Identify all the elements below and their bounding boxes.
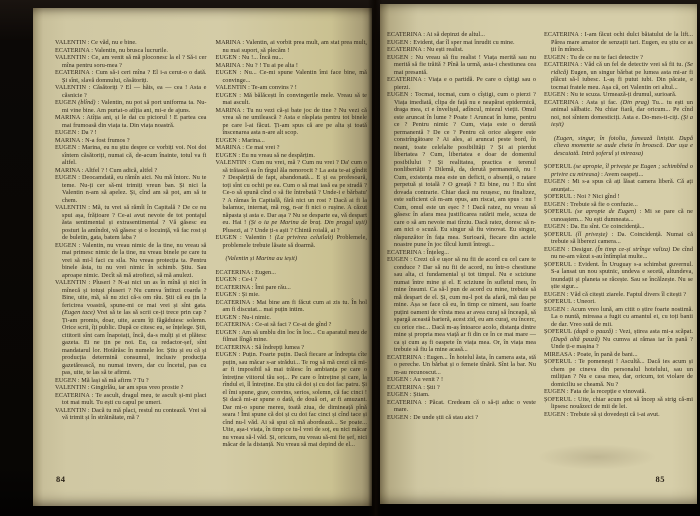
speaker-name: EUGEN [544,246,565,253]
dialogue-line: ECATERINA : Știi ? [387,384,536,392]
dialogue-line: ECATERINA : Îmi pare rău... [216,284,368,292]
speaker-name: ECATERINA [216,344,251,351]
dialogue-line: EUGEN : Valentin, nu vreau nimic de la t… [55,242,207,280]
page-number-left: 84 [56,474,66,484]
book-spread: VALENTIN : Ce văd, nu e bine.ECATERINA :… [0,0,700,516]
speaker-name: EUGEN [216,314,237,321]
dialogue-line: MARINA : Nu ? ! Tu ai pe alta ! [216,62,368,70]
dialogue-line: EUGEN : Văd că citești ziarele. Faptul d… [544,291,693,299]
speaker-name: EUGEN [387,376,408,383]
speaker-name: EUGEN [544,306,565,313]
speaker-name: EUGEN [387,39,408,46]
dialogue-line: ȘOFERUL : Te pomenești ! Ascultă... Dacă… [544,358,693,388]
speaker-name: VALENTIN [55,407,86,414]
speaker-name: ECATERINA [216,299,251,306]
speaker-name: ECATERINA [544,61,579,68]
speaker-name: EUGEN [387,256,408,263]
speaker-name: EUGEN [387,54,408,61]
dialogue-line: ECATERINA : Eugen... În hotelul ăsta, în… [387,354,536,377]
dialogue-line: MARINA : Atîția ani, și le dai cu picior… [55,114,207,129]
speaker-name: ȘOFERUL [544,261,572,268]
dialogue-line: VALENTIN : Căsătoriți ? El — hăis, ea — … [55,84,207,99]
dialogue-line: EUGEN : Mă lași să mă afirm ? Tu ? [55,377,207,385]
dialogue-line: ECATERINA : Viața e o partidă. Pe care o… [387,76,536,91]
speaker-name: ECATERINA [55,69,90,76]
dialogue-line: ECATERINA : Ce-ai să faci ? Ce-ai de gîn… [216,321,368,329]
speaker-name: EUGEN [55,129,76,136]
speaker-name: MARINA [216,62,241,69]
speaker-name: EUGEN [216,351,237,358]
dialogue-line: EUGEN : Fata de la recepție e vinovată. [544,388,693,396]
speaker-name: ECATERINA [387,384,422,391]
left-page-column-1: VALENTIN : Ce văd, nu e bine.ECATERINA :… [55,39,207,449]
dialogue-line: EUGEN : Știam. [387,391,536,399]
speaker-name: VALENTIN [216,84,247,91]
dialogue-line: EUGEN : Tu de ce nu te faci detectiv ? [544,54,693,62]
speaker-name: EUGEN [387,91,408,98]
dialogue-line: ȘOFERUL : Uneori. [544,298,693,306]
dialogue-line: ECATERINA : Valentin, nu brusca lucruril… [55,47,207,55]
speaker-name: ECATERINA [544,31,579,38]
speaker-name: MARINA [216,107,241,114]
speaker-name: ȘOFERUL (se apropie, îl privește pe Euge… [544,163,693,178]
page-number-right: 85 [656,474,666,484]
speaker-name: ȘOFERUL [544,358,572,365]
dialogue-line: ECATERINA : Cum să-i ceri mîna ? El i-a … [55,69,207,84]
dialogue-line: VALENTIN : Dacă tu mă placi, restul nu c… [55,407,207,422]
stage-direction: (Valentin și Marina au ieșit) [216,255,368,263]
speaker-name: EUGEN [55,144,76,151]
dialogue-line: MARINA : Ce mai vrei ? [216,144,368,152]
speaker-name: VALENTIN [55,54,86,61]
dialogue-line: EUGEN : Desigur. (În timp ce-și strînge … [544,246,693,261]
speaker-name: ECATERINA [387,249,422,256]
dialogue-line: EUGEN : Mi s-a spus că ați lăsat camera … [544,178,693,193]
dialogue-line: EUGEN : Valentin ! (La privirea celuilal… [216,234,368,249]
dialogue-line: ECATERINA : I-am făcut ochi dulci băiatu… [544,31,693,54]
speaker-name: EUGEN [216,152,237,159]
speaker-name: VALENTIN [55,279,86,286]
speaker-name: EUGEN [544,388,565,395]
speaker-name: EUGEN [216,291,237,298]
left-page-text: VALENTIN : Ce văd, nu e bine.ECATERINA :… [33,8,372,449]
speaker-name: EUGEN [55,377,76,384]
speaker-name: EUGEN [544,291,565,298]
speaker-name: ECATERINA [387,399,422,406]
dialogue-line: VALENTIN : Gingirlău, iar am spus vreo p… [55,384,207,392]
right-page: ECATERINA : Ai să depinzi de altul...EUG… [380,4,697,504]
speaker-name: VALENTIN [55,204,86,211]
dialogue-line: VALENTIN : Mă, tu vrei să rămîi în Capit… [55,204,207,242]
dialogue-line: EUGEN : Marina, eu nu știu despre ce vor… [55,144,207,167]
speaker-name: EUGEN [55,242,76,249]
dialogue-line: EUGEN : Marina... [216,137,368,145]
dialogue-line: EUGEN : Evident, dar îl sper mai înrudit… [387,39,536,47]
dialogue-line: VALENTIN : Pluseri ? N-ai nici un as în … [55,279,207,377]
speaker-name: ECATERINA [387,31,422,38]
dialogue-line: EUGEN : Mă bălăcești în convingerile mel… [216,92,368,107]
speaker-name: MARINA [216,144,241,151]
speaker-name: ȘOFERUL [544,396,572,403]
dialogue-line: EUGEN (blînd) : Valentin, nu pot să port… [55,99,207,114]
stage-direction: (Eugen, singur, în fotoliu, fumează lini… [544,135,693,158]
speaker-name: VALENTIN [216,159,247,166]
speaker-name: EUGEN [216,54,237,61]
speaker-name: EUGEN (blînd) [55,99,96,106]
speaker-name: MARINA [216,39,241,46]
speaker-name: EUGEN [544,411,565,418]
speaker-name: EUGEN [55,174,76,181]
speaker-name: VALENTIN [55,39,86,46]
dialogue-line: EUGEN : Tocmai, tocmai, cum o cîștigi, c… [387,91,536,249]
dialogue-line: ECATERINA : Păcat. Credeam că o să-ți ad… [387,399,536,414]
speaker-name: EUGEN [544,178,565,185]
dialogue-line: ECATERINA : Văd că un fel de detectiv vr… [544,61,693,91]
right-page-column-1: ECATERINA : Ai să depinzi de altul...EUG… [387,31,536,421]
speaker-name: ȘOFERUL (se apropie de Eugen) [544,208,636,215]
dialogue-line: EUGEN : De unde știi că stau aici ? [387,414,536,422]
dialogue-line: ECATERINA : Te ascult, dragul meu, te as… [55,392,207,407]
page-stain [537,444,657,470]
dialogue-line: EUGEN : Și mie. [216,291,368,299]
speaker-name: EUGEN [216,137,237,144]
speaker-name: MARINA [55,137,80,144]
dialogue-line: EUGEN : Nu vreau să fiu realist ! Viața … [387,54,536,77]
speaker-name: MIREASA [544,351,572,358]
speaker-name: EUGEN [387,391,408,398]
speaker-name: ECATERINA [216,321,251,328]
dialogue-line: EUGEN : Puțin. Foarte puțin. Dacă fiecar… [216,351,368,449]
dialogue-line: EUGEN : Ce-i ? [216,276,368,284]
dialogue-line: VALENTIN : Ce, am venit să mă ploconesc … [55,54,207,69]
left-page-column-2: MARINA : Valentin, ai vorbit prea mult, … [216,39,368,449]
speaker-name: EUGEN [544,54,565,61]
speaker-name: ECATERINA [387,46,422,53]
dialogue-line: EUGEN : Nu !... Încă nu... [216,54,368,62]
dialogue-line: ECATERINA : Să îndrepți lumea ? [216,344,368,352]
dialogue-line: MARINA : Valentin, ai vorbit prea mult, … [216,39,368,54]
dialogue-line: VALENTIN : Ce văd, nu e bine. [55,39,207,47]
speaker-name: MARINA [55,167,80,174]
speaker-name: ECATERINA [216,269,251,276]
dialogue-line: ECATERINA : Ai să depinzi de altul... [387,31,536,39]
dialogue-line: VALENTIN : Cum nu vrei, mă ? Cum nu vrei… [216,159,368,234]
dialogue-line: ECATERINA : Eugen... [216,269,368,277]
speaker-name: ECATERINA [544,99,579,106]
dialogue-line: ECATERINA : Nu ești realist. [387,46,536,54]
dialogue-line: MIREASA : Poate, în pană de bani... [544,351,693,359]
speaker-name: EUGEN [216,329,237,336]
speaker-name: EUGEN [544,201,565,208]
speaker-name: ECATERINA [387,354,422,361]
dialogue-line: ȘOFERUL (după o pauză) : Vezi, știrea as… [544,328,693,351]
dialogue-line: EUGEN : Deocamdată, eu rămîn aici. Nu mă… [55,174,207,204]
dialogue-line: ȘOFERUL : Noi ? Nici gînd ! [544,193,693,201]
dialogue-line: ȘOFERUL (îl privește) : Da. Coincidență.… [544,231,693,246]
right-page-column-2: ECATERINA : I-am făcut ochi dulci băiatu… [544,31,693,421]
speaker-name: ȘOFERUL [544,193,572,200]
speaker-name: VALENTIN [55,84,86,91]
dialogue-line: VALENTIN : Te-am convins ? ! [216,84,368,92]
dialogue-line: ȘOFERUL (se apropie, îl privește pe Euge… [544,163,693,178]
speaker-name: EUGEN [544,91,565,98]
dialogue-line: EUGEN : Trebuie să și dovedești că i-ai … [544,411,693,419]
speaker-name: EUGEN [544,223,565,230]
speaker-name: ECATERINA [387,76,422,83]
dialogue-line: EUGEN : Trebuie să fie o confuzie... [544,201,693,209]
dialogue-line: EUGEN : Acum vreo lună, am citit o știre… [544,306,693,329]
dialogue-line: EUGEN : Nu... Ce-mi spune Valentin îmi f… [216,69,368,84]
speaker-name: EUGEN [387,414,408,421]
dialogue-line: ȘOFERUL (se apropie de Eugen) : Mi se pa… [544,208,693,223]
speaker-name: ECATERINA [216,284,251,291]
speaker-name: ȘOFERUL [544,298,572,305]
dialogue-line: ECATERINA : Înțeleg... [387,249,536,257]
dialogue-line: EUGEN : Crezi că e ușor să nu fii de aco… [387,256,536,354]
speaker-name: EUGEN [216,69,237,76]
dialogue-line: MARINA : Tu nu vezi că-și bate joc de ti… [216,107,368,137]
dialogue-line: ȘOFERUL : Evident. În Uruguay s-a schimb… [544,261,693,291]
dialogue-line: ECATERINA : Asta și fac. (Din prag) Tu..… [544,99,693,129]
right-page-text: ECATERINA : Ai să depinzi de altul...EUG… [380,4,697,421]
speaker-name: ECATERINA [55,47,90,54]
dialogue-line: EUGEN : Am să umblu din loc în loc... Cu… [216,329,368,344]
speaker-name: ȘOFERUL (după o pauză) [544,328,613,335]
speaker-name: EUGEN [216,234,237,241]
dialogue-line: MARINA : Altfel ? ! Cum adică, altfel ? [55,167,207,175]
speaker-name: VALENTIN [55,384,86,391]
left-page: VALENTIN : Ce văd, nu e bine.ECATERINA :… [33,8,372,506]
dialogue-line: EUGEN : Nu-i nimic. [216,314,368,322]
dialogue-line: EUGEN : Da ? ! [55,129,207,137]
speaker-name: ECATERINA [55,392,90,399]
speaker-name: EUGEN [216,92,237,99]
dialogue-line: EUGEN : Nu te scuza. Urmează-ți drumul, … [544,91,693,99]
dialogue-line: EUGEN : Eu nu vreau să ne despărțim. [216,152,368,160]
speaker-name: EUGEN [216,276,237,283]
dialogue-line: ȘOFERUL : Uite, chiar acum pot să încep … [544,396,693,411]
dialogue-line: EUGEN : Da. Eu sînt. Ce coincidență... [544,223,693,231]
dialogue-line: EUGEN : Au venit ? ! [387,376,536,384]
dialogue-line: ECATERINA : Mai bine am fi făcut cum ai … [216,299,368,314]
dialogue-line: MARINA : N-a fost frumos ? [55,137,207,145]
speaker-name: MARINA [55,114,80,121]
speaker-name: ȘOFERUL (îl privește) [544,231,608,238]
